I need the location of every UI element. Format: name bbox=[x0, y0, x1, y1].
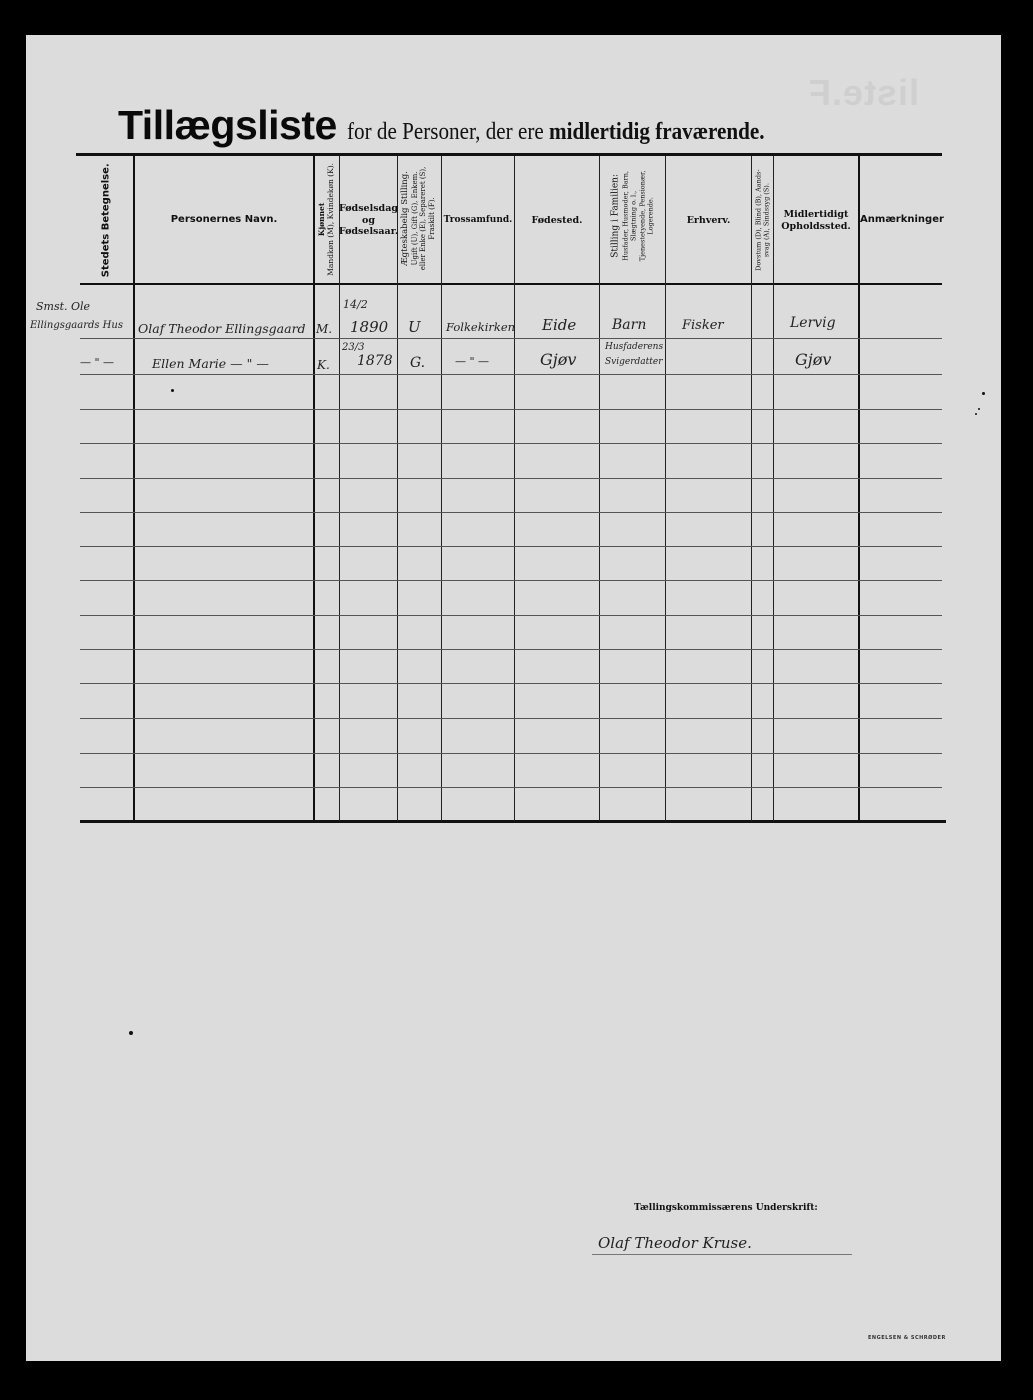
header-trossamfund: Trossamfund. bbox=[442, 158, 514, 283]
row-line bbox=[80, 580, 942, 581]
row2-fodselsdag-day: 23/3 bbox=[342, 342, 364, 353]
row2-fodested: Gjøv bbox=[540, 350, 576, 369]
header-dovstum: Dovstum (D), Blind (B), Aands- svag (A),… bbox=[752, 158, 773, 283]
row1-trossamfund: Folkekirken bbox=[446, 320, 515, 334]
row1-erhverv: Fisker bbox=[682, 318, 724, 333]
header-fodselsdag: Fødselsdag og Fødselsaar. bbox=[340, 158, 397, 283]
row1-aegteskabelig: U bbox=[408, 318, 421, 336]
row-line bbox=[80, 478, 942, 479]
header-personernes-navn: Personernes Navn. bbox=[135, 158, 313, 283]
header-stedets-betegnelse: Stedets Betegnelse. bbox=[80, 158, 133, 283]
bottom-rule bbox=[80, 820, 946, 823]
row-line bbox=[80, 374, 942, 375]
ink-speck bbox=[978, 408, 980, 410]
row2-stedets-betegnelse: — " — bbox=[80, 356, 114, 369]
signature-value: Olaf Theodor Kruse. bbox=[598, 1234, 752, 1252]
title-main: Tillægsliste bbox=[118, 102, 337, 148]
top-rule bbox=[76, 153, 942, 156]
row-line bbox=[80, 649, 942, 650]
row-line bbox=[80, 718, 942, 719]
row1-fodested: Eide bbox=[542, 316, 576, 334]
row-line bbox=[80, 546, 942, 547]
row2-stilling-familien-line1: Husfaderens bbox=[605, 342, 663, 352]
signature-line bbox=[592, 1254, 852, 1255]
header-erhverv: Erhverv. bbox=[666, 158, 751, 283]
signature-label: Tællingskommissærens Underskrift: bbox=[634, 1203, 818, 1213]
row1-kjonnet: M. bbox=[316, 322, 332, 336]
row2-stilling-familien-line2: Svigerdatter bbox=[605, 357, 663, 367]
header-anmaerkninger: Anmærkninger bbox=[860, 158, 944, 283]
header-stilling-i-familien: Stilling i Familien: Husfader, Husmoder,… bbox=[600, 158, 665, 283]
header-bottom-rule bbox=[80, 283, 942, 285]
row1-stedets-betegnelse-line1: Smst. Ole bbox=[36, 300, 90, 313]
header-midlertidigt-opholdssted: Midlertidigt Opholdssted. bbox=[774, 158, 858, 283]
header-aegteskabelig-stilling: Ægteskabelig Stilling. Ugift (U), Gift (… bbox=[398, 158, 441, 283]
ink-speck bbox=[982, 392, 985, 395]
form-title: Tillægslistefor de Personer, der ere mid… bbox=[118, 102, 821, 149]
printer-mark: ENGELSEN & SCHRØDER bbox=[868, 1335, 946, 1341]
row2-kjonnet: K. bbox=[317, 358, 330, 372]
row1-navn: Olaf Theodor Ellingsgaard bbox=[138, 321, 306, 336]
row-line bbox=[80, 683, 942, 684]
header-fodested: Fødested. bbox=[515, 158, 599, 283]
row1-fodselsdag-year: 1890 bbox=[350, 318, 388, 336]
bleed-through-text: liste.F bbox=[808, 72, 919, 114]
row2-navn: Ellen Marie — " — bbox=[152, 356, 269, 371]
row1-opholdssted: Lervig bbox=[790, 315, 836, 331]
row-line bbox=[80, 753, 942, 754]
row2-trossamfund: — " — bbox=[455, 355, 489, 368]
row-line bbox=[80, 443, 942, 444]
row2-opholdssted: Gjøv bbox=[795, 350, 831, 369]
ink-speck bbox=[975, 413, 977, 415]
row-line bbox=[80, 409, 942, 410]
row1-stedets-betegnelse-line2: Ellingsgaards Hus bbox=[30, 320, 123, 331]
row-line bbox=[80, 512, 942, 513]
row-line bbox=[80, 615, 942, 616]
row2-fodselsdag-year: 1878 bbox=[357, 353, 393, 369]
row1-fodselsdag-day: 14/2 bbox=[343, 298, 368, 311]
title-subtitle: for de Personer, der ere midlertidig fra… bbox=[347, 119, 765, 146]
ink-speck bbox=[129, 1031, 133, 1035]
row-line bbox=[80, 338, 942, 339]
ink-speck bbox=[171, 389, 174, 392]
row1-stilling-familien: Barn bbox=[612, 317, 646, 333]
row2-aegteskabelig: G. bbox=[410, 355, 425, 371]
header-kjonnet: Kjønnet Mandkøn (M), Kvindekøn (K). bbox=[314, 158, 339, 283]
row-line bbox=[80, 787, 942, 788]
